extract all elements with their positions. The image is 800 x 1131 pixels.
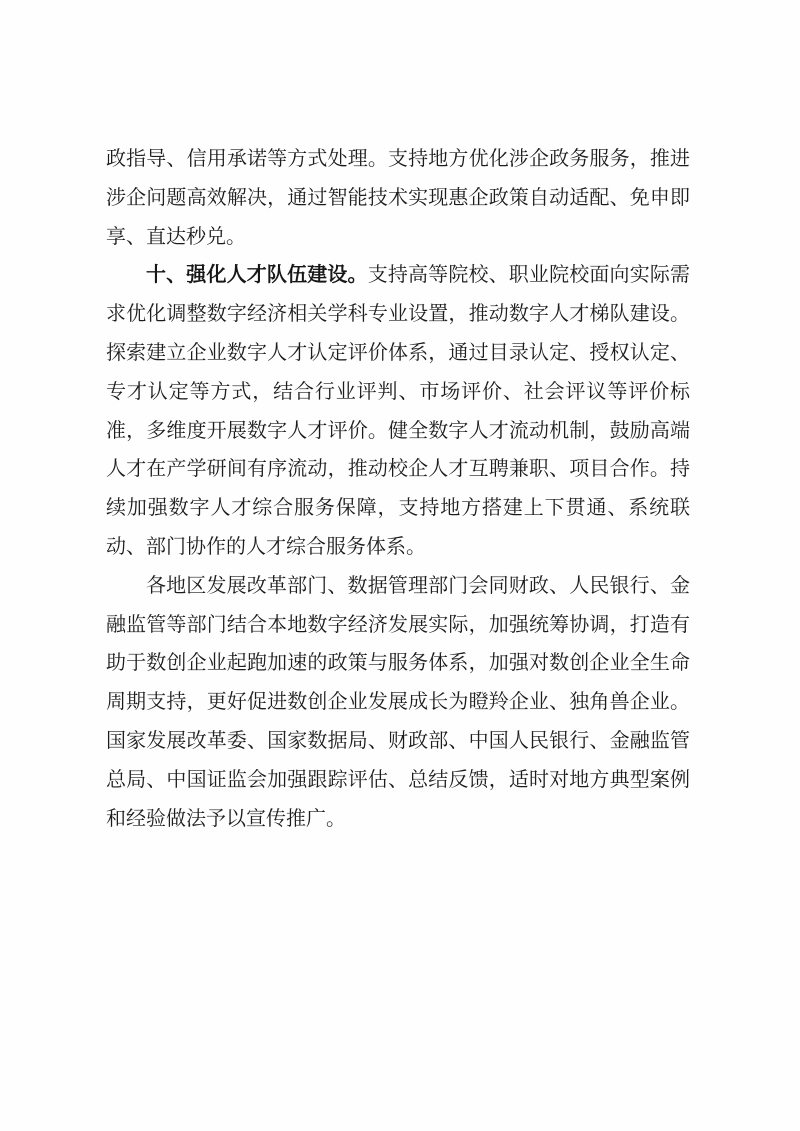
paragraph-text: 支持高等院校、职业院校面向实际需求优化调整数字经济相关学科专业设置，推动数字人才…	[106, 264, 690, 558]
paragraph-closing: 各地区发展改革部门、数据管理部门会同财政、人民银行、金融监管等部门结合本地数字经…	[106, 567, 690, 839]
paragraph-continuation: 政指导、信用承诺等方式处理。支持地方优化涉企政务服务，推进涉企问题高效解决，通过…	[106, 140, 690, 256]
paragraph-text: 各地区发展改革部门、数据管理部门会同财政、人民银行、金融监管等部门结合本地数字经…	[106, 575, 690, 830]
document-body: 政指导、信用承诺等方式处理。支持地方优化涉企政务服务，推进涉企问题高效解决，通过…	[106, 140, 690, 838]
document-page: 政指导、信用承诺等方式处理。支持地方优化涉企政务服务，推进涉企问题高效解决，通过…	[0, 0, 800, 1131]
paragraph-section-ten: 十、强化人才队伍建设。支持高等院校、职业院校面向实际需求优化调整数字经济相关学科…	[106, 256, 690, 566]
section-ten-heading: 十、强化人才队伍建设。	[146, 264, 368, 286]
paragraph-text: 政指导、信用承诺等方式处理。支持地方优化涉企政务服务，推进涉企问题高效解决，通过…	[106, 148, 690, 248]
